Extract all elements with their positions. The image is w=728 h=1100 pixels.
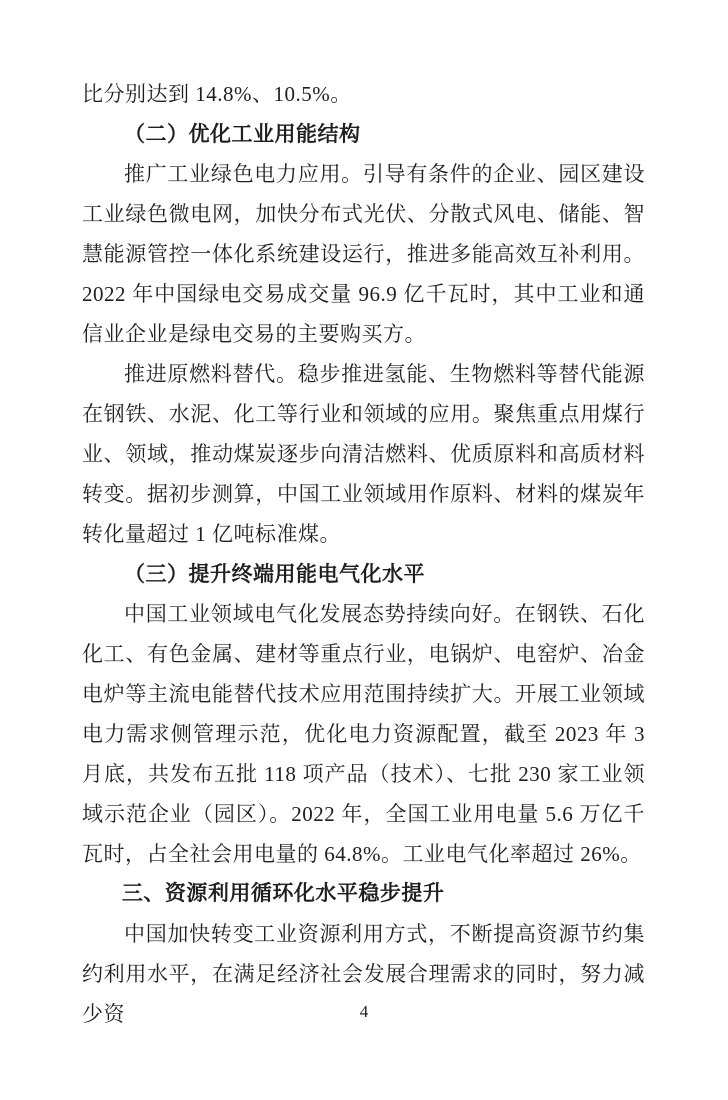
section-heading-terminal-electrification-level: （三）提升终端用能电气化水平	[82, 554, 645, 594]
paragraph-electrification-development: 中国工业领域电气化发展态势持续向好。在钢铁、石化化工、有色金属、建材等重点行业，…	[82, 594, 645, 874]
document-body: 比分别达到 14.8%、10.5%。 （二）优化工业用能结构 推广工业绿色电力应…	[82, 74, 645, 1034]
paragraph-green-power-application: 推广工业绿色电力应用。引导有条件的企业、园区建设工业绿色微电网，加快分布式光伏、…	[82, 154, 645, 354]
section-heading-optimize-industrial-energy-structure: （二）优化工业用能结构	[82, 114, 645, 154]
paragraph-raw-fuel-substitution: 推进原燃料替代。稳步推进氢能、生物燃料等替代能源在钢铁、水泥、化工等行业和领域的…	[82, 354, 645, 554]
page-number: 4	[0, 1000, 728, 1024]
document-page: 比分别达到 14.8%、10.5%。 （二）优化工业用能结构 推广工业绿色电力应…	[0, 0, 728, 1100]
chapter-heading-resource-recycling-improvement: 三、资源利用循环化水平稳步提升	[82, 874, 645, 914]
paragraph-continuation-share-percent: 比分别达到 14.8%、10.5%。	[82, 74, 645, 114]
